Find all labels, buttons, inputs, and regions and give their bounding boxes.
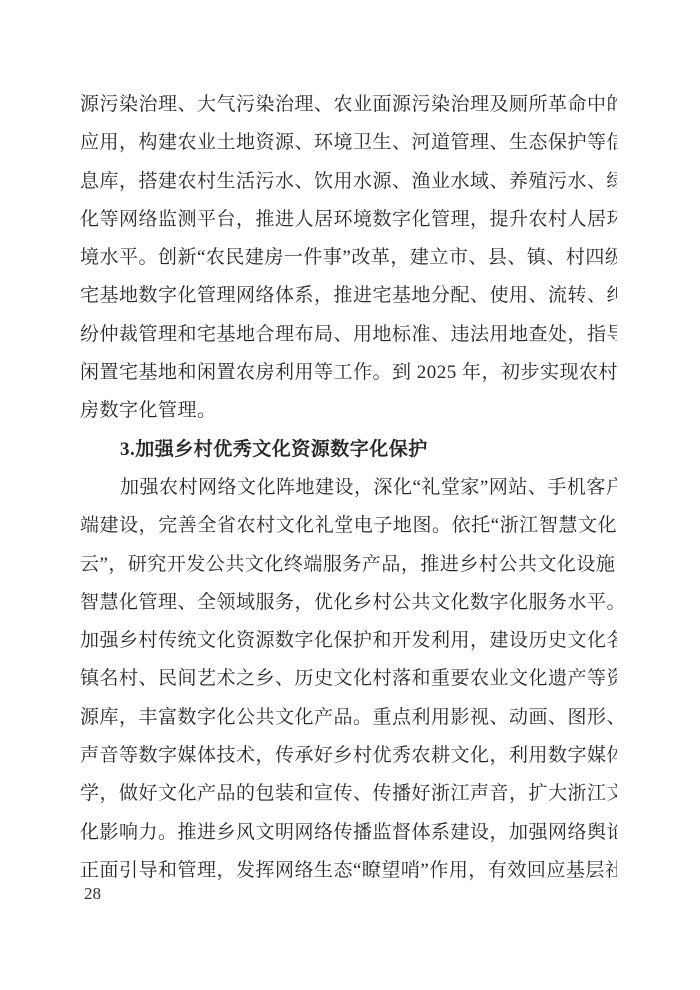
paragraph-line: 闲置宅基地和闲置农房利用等工作。到 2025 年，初步实现农村住: [80, 354, 617, 392]
paragraph-line: 学，做好文化产品的包装和宣传、传播好浙江声音，扩大浙江文: [80, 775, 617, 813]
page-number: 28: [84, 884, 101, 904]
paragraph-line: 镇名村、民间艺术之乡、历史文化村落和重要农业文化遗产等资: [80, 660, 617, 698]
paragraph-line: 化等网络监测平台，推进人居环境数字化管理，提升农村人居环: [80, 201, 617, 239]
paragraph-line: 源污染治理、大气污染治理、农业面源污染治理及厕所革命中的: [80, 86, 617, 124]
document-page: 源污染治理、大气污染治理、农业面源污染治理及厕所革命中的 应用，构建农业土地资源…: [0, 0, 700, 990]
paragraph-line: 加强农村网络文化阵地建设，深化“礼堂家”网站、手机客户: [80, 469, 617, 507]
paragraph-line: 正面引导和管理，发挥网络生态“瞭望哨”作用，有效回应基层社: [80, 852, 617, 890]
paragraph-line: 息库，搭建农村生活污水、饮用水源、渔业水域、养殖污水、绿: [80, 163, 617, 201]
paragraph-line: 声音等数字媒体技术，传承好乡村优秀农耕文化，利用数字媒体: [80, 737, 617, 775]
paragraph-line: 源库，丰富数字化公共文化产品。重点利用影视、动画、图形、: [80, 699, 617, 737]
paragraph-line: 纷仲裁管理和宅基地合理布局、用地标准、违法用地查处，指导: [80, 316, 617, 354]
paragraph-line: 加强乡村传统文化资源数字化保护和开发利用，建设历史文化名: [80, 622, 617, 660]
paragraph-line: 境水平。创新“农民建房一件事”改革，建立市、县、镇、村四级: [80, 239, 617, 277]
paragraph-line: 宅基地数字化管理网络体系，推进宅基地分配、使用、流转、纠: [80, 277, 617, 315]
paragraph-line: 房数字化管理。: [80, 392, 617, 430]
paragraph-line: 云”，研究开发公共文化终端服务产品，推进乡村公共文化设施的: [80, 546, 617, 584]
paragraph-line: 智慧化管理、全领域服务，优化乡村公共文化数字化服务水平。: [80, 584, 617, 622]
paragraph-line: 应用，构建农业土地资源、环境卫生、河道管理、生态保护等信: [80, 124, 617, 162]
body-text: 源污染治理、大气污染治理、农业面源污染治理及厕所革命中的 应用，构建农业土地资源…: [80, 86, 617, 890]
paragraph-line: 化影响力。推进乡风文明网络传播监督体系建设，加强网络舆论: [80, 814, 617, 852]
section-heading: 3.加强乡村优秀文化资源数字化保护: [80, 431, 617, 469]
paragraph-line: 端建设，完善全省农村文化礼堂电子地图。依托“浙江智慧文化: [80, 507, 617, 545]
